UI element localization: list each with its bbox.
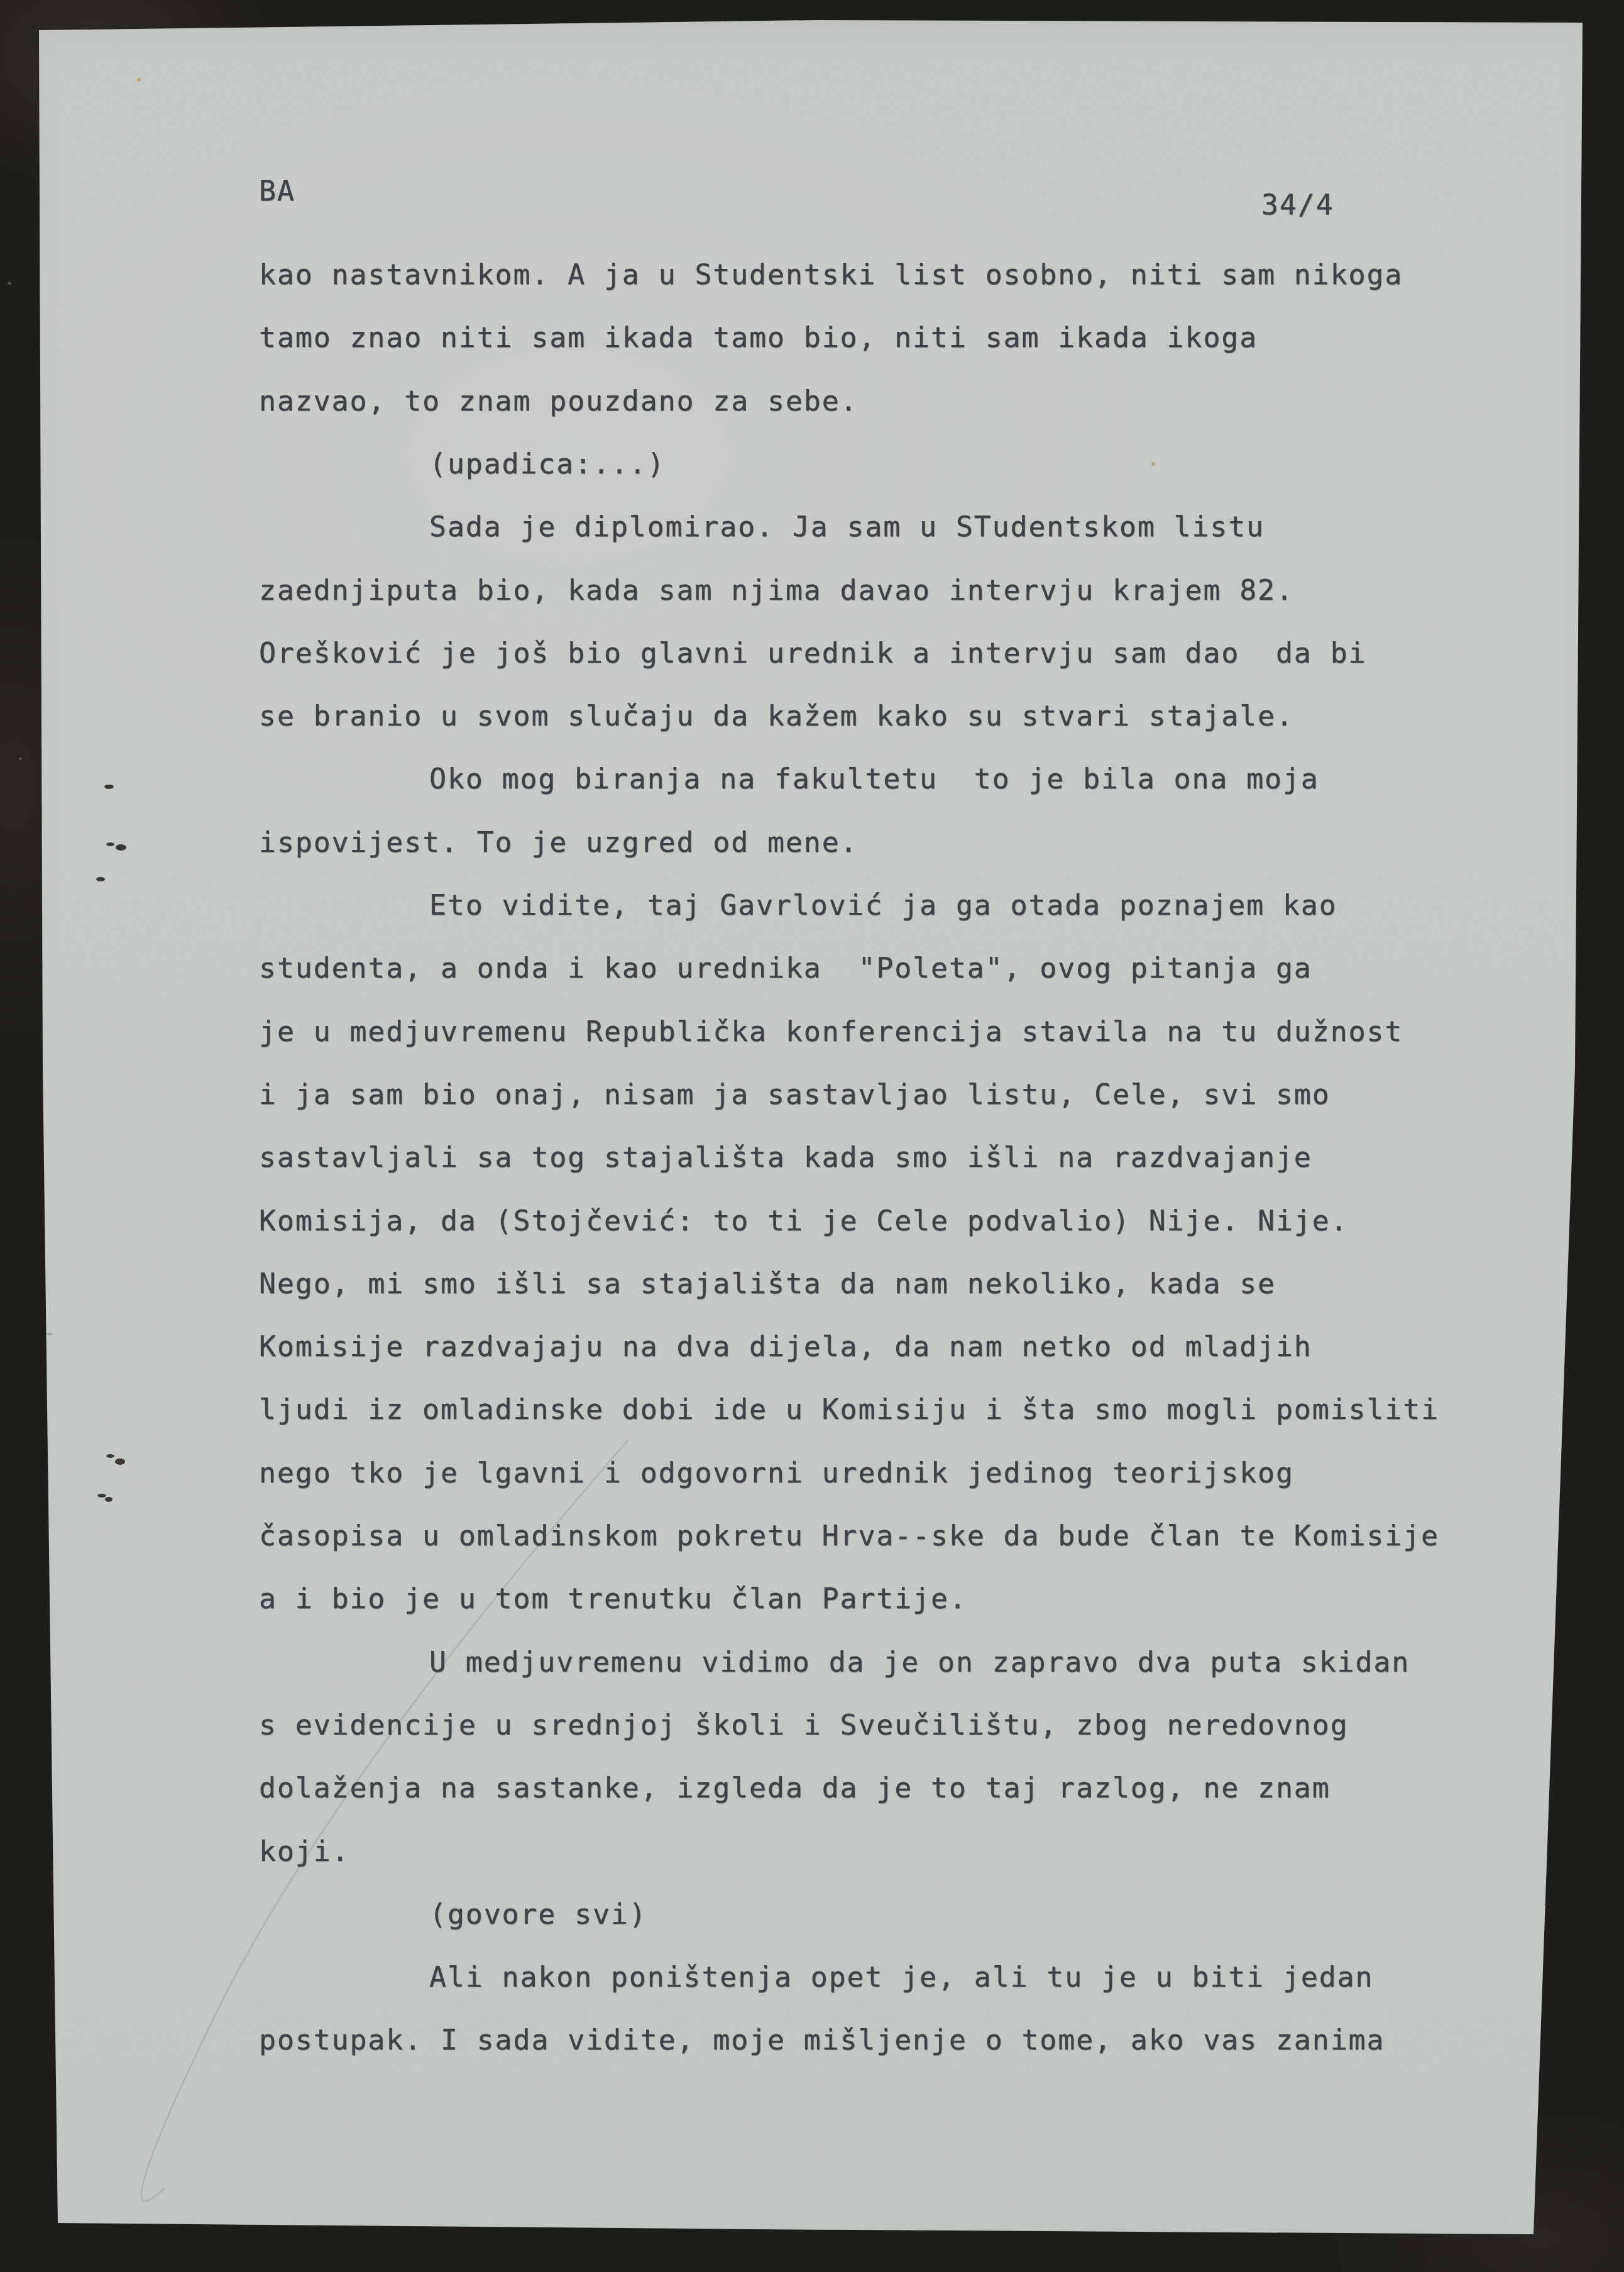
document-line: Oko mog biranja na fakultetu to je bila …	[429, 764, 1319, 793]
document-line: sastavljali sa tog stajališta kada smo i…	[259, 1143, 1312, 1171]
document-line: (upadica:...)	[429, 449, 666, 478]
document-line: s evidencije u srednjoj školi i Sveučili…	[259, 1711, 1349, 1739]
document-line: Nego, mi smo išli sa stajališta da nam n…	[259, 1269, 1276, 1298]
document-line: zaednjiputa bio, kada sam njima davao in…	[259, 576, 1294, 604]
ink-speck	[96, 877, 105, 881]
document-line: Eto vidite, taj Gavrlović ja ga otada po…	[429, 891, 1337, 919]
document-line: nego tko je lgavni i odgovorni urednik j…	[259, 1459, 1294, 1487]
document-line: koji.	[259, 1837, 349, 1865]
document-line: studenta, a onda i kao urednika "Poleta"…	[259, 954, 1312, 982]
border-dust-speck	[8, 282, 11, 285]
document-line: Sada je diplomirao. Ja sam u STudentskom…	[429, 512, 1265, 541]
ink-speck	[115, 1459, 125, 1465]
document-line: kao nastavnikom. A ja u Studentski list …	[259, 260, 1403, 289]
document-page: BA 34/4 kao nastavnikom. A ja u Students…	[0, 0, 1624, 2272]
border-dust-speck	[19, 758, 22, 760]
document-line: postupak. I sada vidite, moje mišljenje …	[259, 2026, 1385, 2054]
document-line: nazvao, to znam pouzdano za sebe.	[259, 387, 858, 415]
document-line: dolaženja na sastanke, izgleda da je to …	[259, 1773, 1330, 1802]
paper-fleck	[137, 78, 141, 82]
document-line: tamo znao niti sam ikada tamo bio, niti …	[259, 323, 1258, 351]
ink-speck	[104, 785, 114, 789]
ink-speck	[106, 1454, 114, 1458]
document-line: ljudi iz omladinske dobi ide u Komisiju …	[259, 1395, 1439, 1423]
document-line: Komisija, da (Stojčević: to ti je Cele p…	[259, 1206, 1349, 1235]
document-line: Ali nakon poništenja opet je, ali tu je …	[429, 1963, 1373, 1991]
document-line: ispovijest. To je uzgred od mene.	[259, 828, 858, 856]
document-line: a i bio je u tom trenutku član Partije.	[259, 1584, 967, 1613]
document-line: Komisije razdvajaju na dva dijela, da na…	[259, 1332, 1312, 1360]
document-line: Orešković je još bio glavni urednik a in…	[259, 639, 1366, 667]
document-line: je u medjuvremenu Republička konferencij…	[259, 1017, 1403, 1045]
document-line: i ja sam bio onaj, nisam ja sastavljao l…	[259, 1080, 1330, 1108]
ink-speck	[105, 1497, 112, 1502]
ink-speck	[116, 844, 126, 851]
document-line: se branio u svom slučaju da kažem kako s…	[259, 702, 1294, 730]
header-page-number: 34/4	[1261, 190, 1334, 219]
ink-speck	[106, 842, 114, 846]
paper-fleck	[1151, 462, 1155, 466]
document-line: U medjuvremenu vidimo da je on zapravo d…	[429, 1648, 1410, 1676]
scanned-document-screenshot: { "document": { "kind": "typewritten tra…	[0, 0, 1624, 2272]
border-dust-speck	[47, 1333, 53, 1335]
document-line: (govore svi)	[429, 1900, 647, 1928]
header-initials: BA	[259, 177, 295, 205]
ink-speck	[97, 1494, 106, 1497]
document-line: časopisa u omladinskom pokretu Hrva--ske…	[259, 1521, 1439, 1550]
